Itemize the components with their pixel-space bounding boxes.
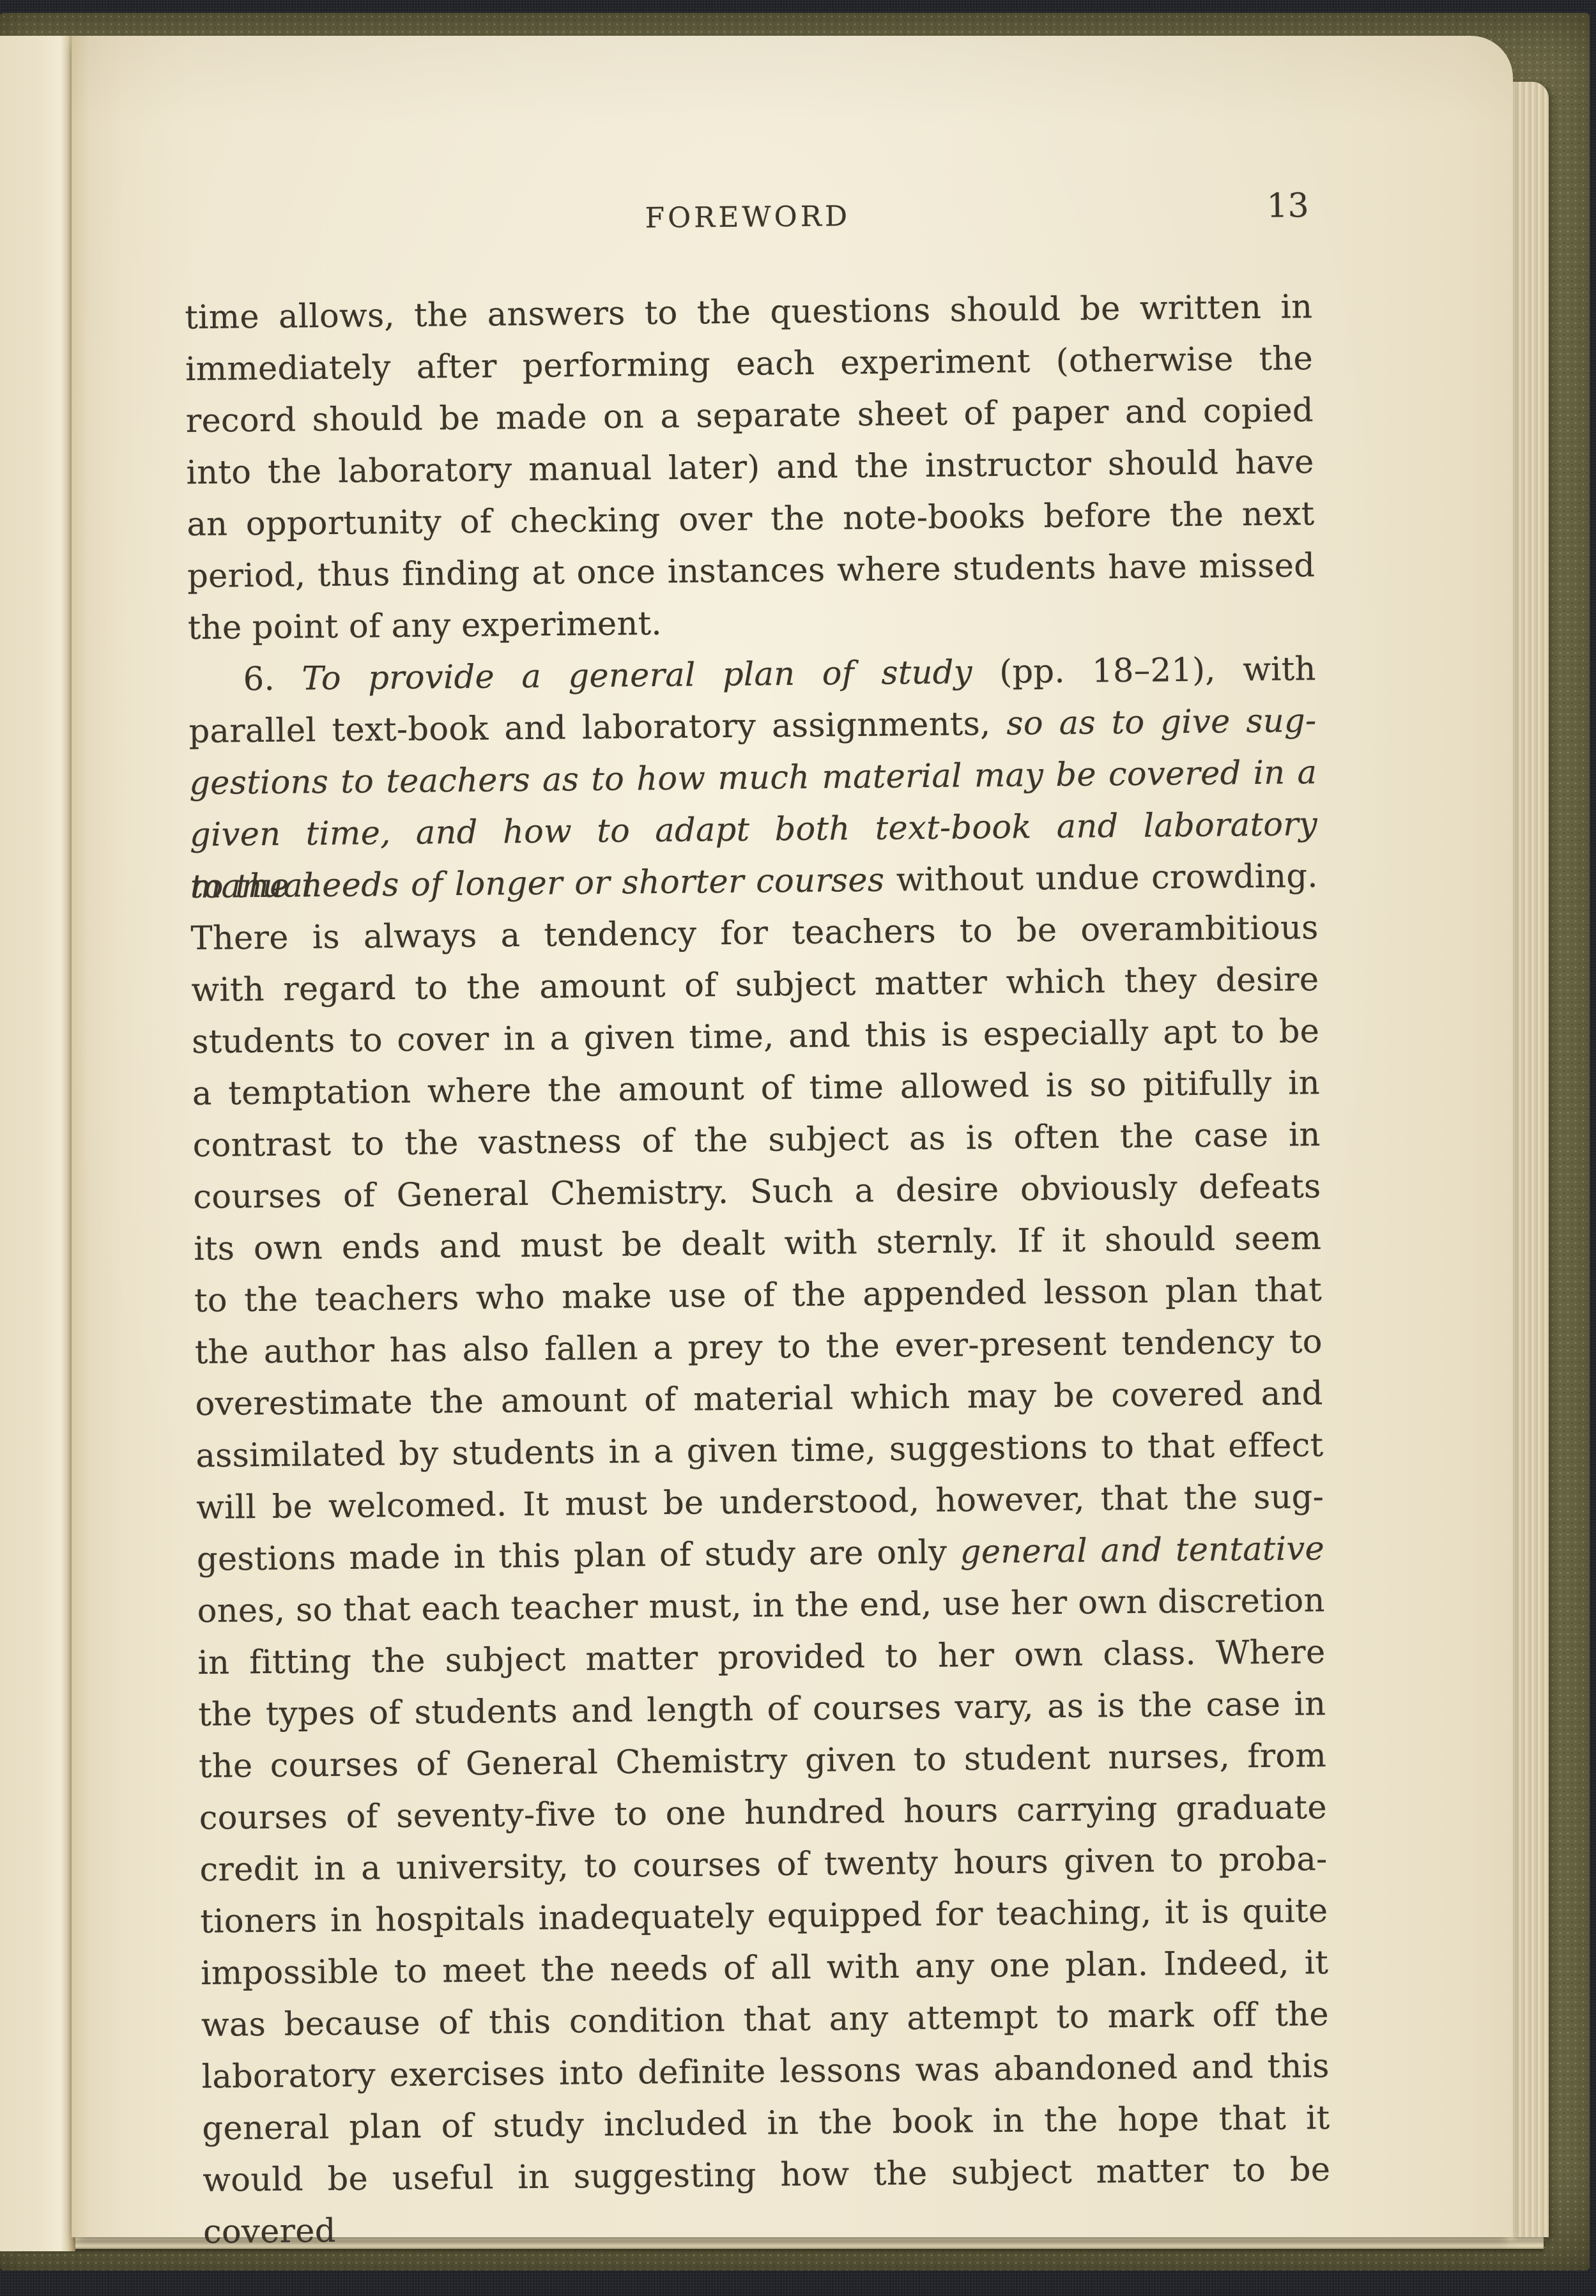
text-run: into the laboratory manual later) and th… [186,443,1314,492]
text-run: laboratory exercises into definite lesso… [201,2047,1329,2096]
text-run: would be useful in suggesting how the su… [203,2151,1330,2251]
text-run: credit in a university, to courses of tw… [199,1841,1327,1889]
running-head: FOREWORD [184,195,1312,239]
facing-page-gutter [0,36,75,2251]
text-run: in fitting the subject matter provided t… [197,1634,1325,1682]
text-run: with regard to the amount of subject mat… [191,961,1319,1009]
text-run: There is always a tendency for teachers … [190,909,1318,958]
italic-run: general and tentative [960,1530,1325,1571]
page-header: FOREWORD 13 [184,187,1312,249]
text-run: courses of General Chemistry. Such a des… [193,1168,1321,1216]
text-run: the point of any experiment. [188,605,663,647]
italic-run: to the needs of longer or shorter course… [190,862,885,906]
text-run: parallel text-book and laboratory assign… [188,705,1006,751]
text-run: the author has also fallen a prey to the… [195,1323,1323,1372]
text-run: record should be made on a separate shee… [186,392,1314,440]
text-run: an opportunity of checking over the note… [187,495,1314,544]
text-run: its own ends and must be dealt with ster… [194,1220,1321,1268]
text-run: general plan of study included in the bo… [202,2099,1330,2148]
italic-run: so as to give sug- [1006,702,1317,743]
text-run: assimilated by students in a given time,… [196,1427,1323,1475]
page-content: FOREWORD 13 time allows, the answers to … [62,29,1524,2244]
text-run: courses of seventy-five to one hundred h… [199,1789,1327,1837]
text-line: would be useful in suggesting how the su… [203,2144,1331,2207]
text-run: overestimate the amount of material whic… [195,1375,1323,1423]
text-run: immediately after performing each experi… [185,340,1313,388]
text-run: was because of this condition that any a… [201,1996,1329,2044]
text-run: period, thus finding at once instances w… [187,547,1315,595]
text-run: the courses of General Chemistry given t… [199,1737,1326,1786]
text-block: time allows, the answers to the question… [185,281,1331,2207]
italic-run: gestions to teachers as to how much mate… [189,754,1317,802]
text-run: 6. [243,660,302,698]
page-number: 13 [1266,187,1309,226]
text-run: impossible to meet the needs of all with… [201,1944,1328,1993]
text-run: contrast to the vastness of the subject … [192,1116,1320,1165]
text-run: students to cover in a given time, and t… [192,1013,1319,1061]
text-run: without undue crowding. [884,857,1318,899]
text-run: time allows, the answers to the question… [185,288,1312,337]
text-run: ones, so that each teacher must, in the … [197,1582,1324,1630]
text-run: to the teachers who make use of the appe… [194,1271,1322,1320]
text-run: gestions made in this plan of study are … [197,1534,960,1579]
italic-run: To provide a general plan of study [302,654,972,698]
text-run: the types of students and length of cour… [198,1685,1326,1734]
text-line: period, thus finding at once instances w… [187,540,1316,602]
book-page-photo: FOREWORD 13 time allows, the answers to … [0,0,1596,2296]
text-run: (pp. 18–21), with [972,650,1316,691]
book-page: FOREWORD 13 time allows, the answers to … [72,36,1513,2237]
text-run: a temptation where the amount of time al… [192,1064,1320,1113]
text-run: will be welcomed. It must be understood,… [196,1478,1324,1527]
text-run: tioners in hospitals inadequately equipp… [200,1892,1328,1941]
